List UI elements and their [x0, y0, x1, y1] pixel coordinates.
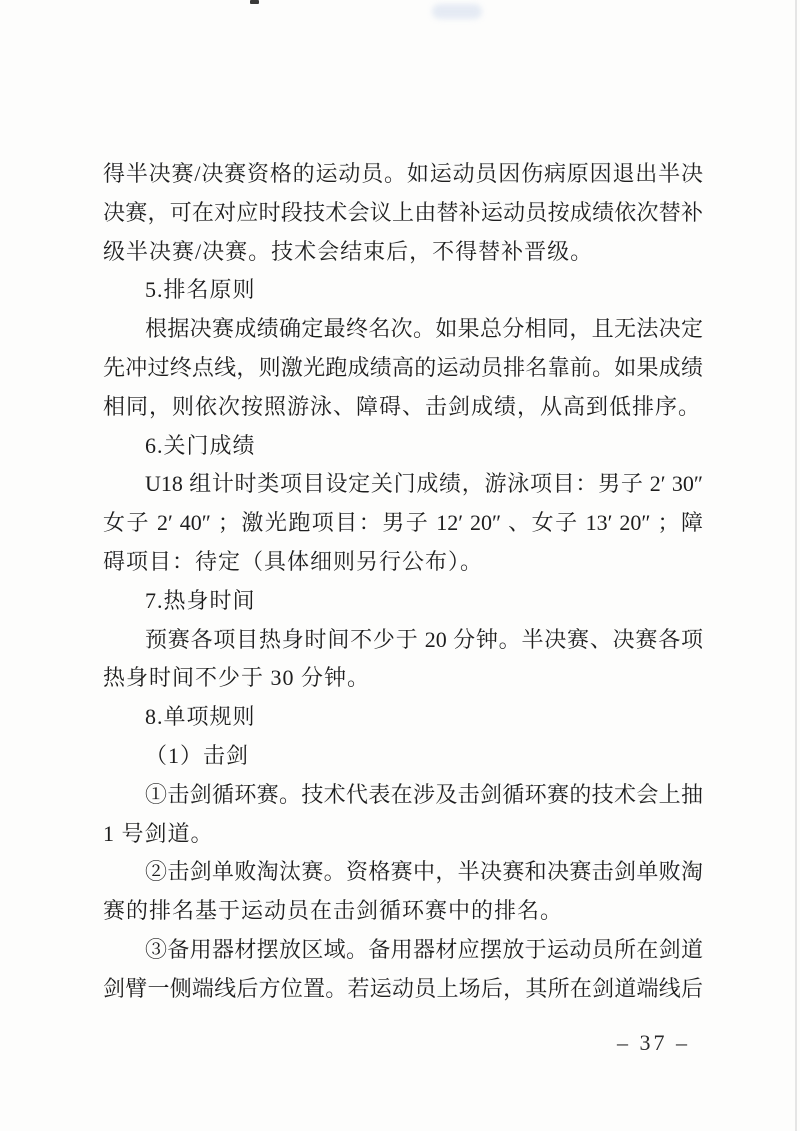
text-line: 预赛各项目热身时间不少于 20 分钟。半决赛、决赛各项目 [103, 621, 703, 660]
scan-artifact-speck [250, 0, 259, 4]
text-line: 得半决赛/决赛资格的运动员。如运动员因伤病原因退出半决赛/ [103, 155, 703, 194]
text-line: 6.关门成绩 [103, 427, 703, 466]
text-line: 先冲过终点线，则激光跑成绩高的运动员排名靠前。如果成绩仍 [103, 349, 703, 388]
text-line: ③备用器材摆放区域。备用器材应摆放于运动员所在剑道持 [103, 931, 703, 970]
text-line: U18 组计时类项目设定关门成绩，游泳项目：男子 2′ 30″ 、 [103, 465, 703, 504]
text-line: 级半决赛/决赛。技术会结束后，不得替补晋级。 [103, 233, 703, 272]
page-number: – 37 – [617, 1030, 690, 1056]
scan-edge-line [795, 0, 797, 1131]
text-line: 剑臂一侧端线后方位置。若运动员上场后，其所在剑道端线后方 [103, 970, 703, 1009]
text-line: 8.单项规则 [103, 698, 703, 737]
scan-artifact-smudge [432, 4, 482, 19]
text-line: ①击剑循环赛。技术代表在涉及击剑循环赛的技术会上抽取 [103, 776, 703, 815]
document-page: 得半决赛/决赛资格的运动员。如运动员因伤病原因退出半决赛/决赛，可在对应时段技术… [0, 0, 800, 1131]
text-line: 决赛，可在对应时段技术会议上由替补运动员按成绩依次替补晋 [103, 194, 703, 233]
text-line: 赛的排名基于运动员在击剑循环赛中的排名。 [103, 892, 703, 931]
text-line: 根据决赛成绩确定最终名次。如果总分相同，且无法决定谁 [103, 310, 703, 349]
text-line: 碍项目：待定（具体细则另行公布）。 [103, 543, 703, 582]
text-line: ②击剑单败淘汰赛。资格赛中，半决赛和决赛击剑单败淘汰 [103, 853, 703, 892]
text-line: 7.热身时间 [103, 582, 703, 621]
text-block: 得半决赛/决赛资格的运动员。如运动员因伤病原因退出半决赛/决赛，可在对应时段技术… [103, 155, 703, 1009]
text-line: 热身时间不少于 30 分钟。 [103, 659, 703, 698]
text-line: 女子 2′ 40″ ；激光跑项目：男子 12′ 20″ 、女子 13′ 20″ … [103, 504, 703, 543]
text-line: 1 号剑道。 [103, 815, 703, 854]
text-line: （1）击剑 [103, 737, 703, 776]
text-line: 5.排名原则 [103, 271, 703, 310]
text-line: 相同，则依次按照游泳、障碍、击剑成绩，从高到低排序。 [103, 388, 703, 427]
